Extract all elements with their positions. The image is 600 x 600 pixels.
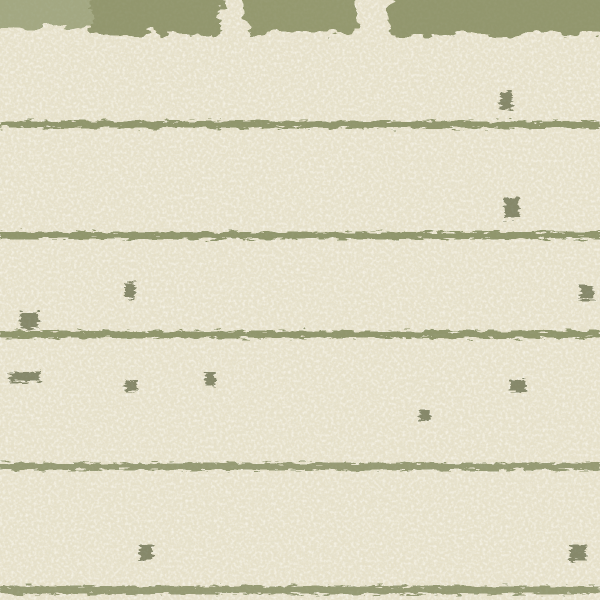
top-green-band — [0, 0, 600, 34]
carpet-pile-texture — [0, 0, 600, 600]
carpet-texture-image — [0, 0, 600, 600]
